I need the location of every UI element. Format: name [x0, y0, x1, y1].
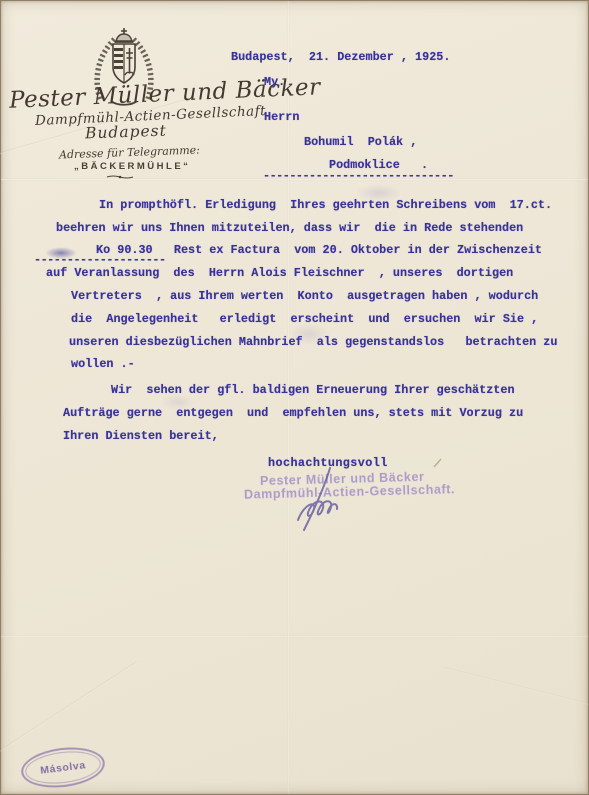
recipient-underline: ----------------------------- — [263, 169, 454, 183]
amount-underline: -------------------- — [34, 253, 166, 267]
body-line: die Angelegenheit erledigt erscheint und… — [71, 312, 538, 326]
body-line: Wir sehen der gfl. baldigen Erneuerung I… — [111, 383, 515, 397]
recipient-name: Bohumil Polák , — [304, 135, 417, 149]
reference-initials: My. — [264, 75, 285, 89]
oval-stamp-text: Másolva — [40, 759, 87, 776]
fold-line-horizontal-bottom — [1, 635, 588, 638]
letterhead-telegram-address: „BÄCKERMÜHLE“ — [74, 161, 190, 172]
crease-bottom-left — [0, 661, 138, 755]
letterhead-company-city: Budapest — [85, 122, 167, 143]
letterhead-telegram-label: Adresse für Telegramme: — [59, 144, 200, 162]
signature-scrawl — [286, 456, 386, 541]
oval-archive-stamp: Másolva — [19, 743, 107, 792]
body-line: In prompthöfl. Erledigung Ihres geehrten… — [99, 198, 552, 212]
body-line: Vertreters , aus Ihrem werten Konto ausg… — [71, 289, 538, 303]
body-line: beehren wir uns Ihnen mitzuteilen, dass … — [56, 221, 523, 235]
body-line: wollen .- — [71, 357, 135, 371]
pencil-mark — [433, 458, 443, 468]
crease-bottom-right — [444, 667, 589, 717]
letterhead-flourish-icon — [106, 174, 134, 180]
body-line: unseren diesbezüglichen Mahnbrief als ge… — [69, 335, 557, 349]
letter-page: Pester Müller und Bäcker Dampfmühl-Actie… — [1, 1, 588, 794]
body-line: auf Veranlassung des Herrn Alois Fleisch… — [46, 266, 513, 280]
body-line: Ihren Diensten bereit, — [63, 429, 219, 443]
dateline-place-date: Budapest, 21. Dezember , 1925. — [231, 50, 450, 64]
body-line: Aufträge gerne entgegen und empfehlen un… — [63, 406, 523, 420]
recipient-salutation: Herrn — [264, 110, 299, 124]
